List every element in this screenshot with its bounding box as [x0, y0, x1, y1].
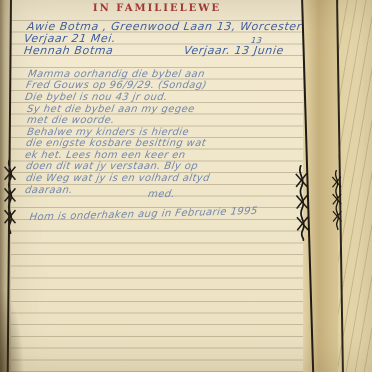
entry-birthday-2: Verjaar. 13 Junie [183, 44, 285, 57]
note-line: Behalwe my kinders is hierdie [26, 127, 190, 138]
entry-name-2: Hennah Botma [23, 44, 114, 57]
note-line: met die woorde. [26, 115, 115, 126]
entry-birthday-correction: 13 [250, 36, 262, 45]
note-line: Die bybel is nou 43 jr oud. [24, 92, 168, 103]
note-line: Mamma oorhandig die bybel aan [27, 69, 205, 80]
note-line: Sy het die bybel aan my gegee [26, 104, 195, 115]
note-line: die Weg wat jy is en volhard altyd [25, 173, 211, 184]
vine-border-ornament-icon [3, 158, 17, 234]
note-line: Fred Gouws op 96/9/29. (Sondag) [25, 80, 207, 91]
vine-border-ornament-icon [329, 170, 344, 230]
note-line: daaraan. [24, 185, 73, 196]
note-line: ek het. Lees hom een keer en [24, 150, 186, 161]
note-line: die enigste kosbare besitting wat [25, 138, 207, 149]
page-title: IN FAMILIELEWE [11, 3, 303, 14]
note-line: doen dit wat jy verstaan. Bly op [25, 161, 199, 172]
book-page-photo: IN FAMILIELEWE Awie Botma , Greenwood La… [0, 0, 372, 372]
note-signature: med. [147, 189, 176, 200]
vine-border-ornament-icon [294, 165, 310, 241]
